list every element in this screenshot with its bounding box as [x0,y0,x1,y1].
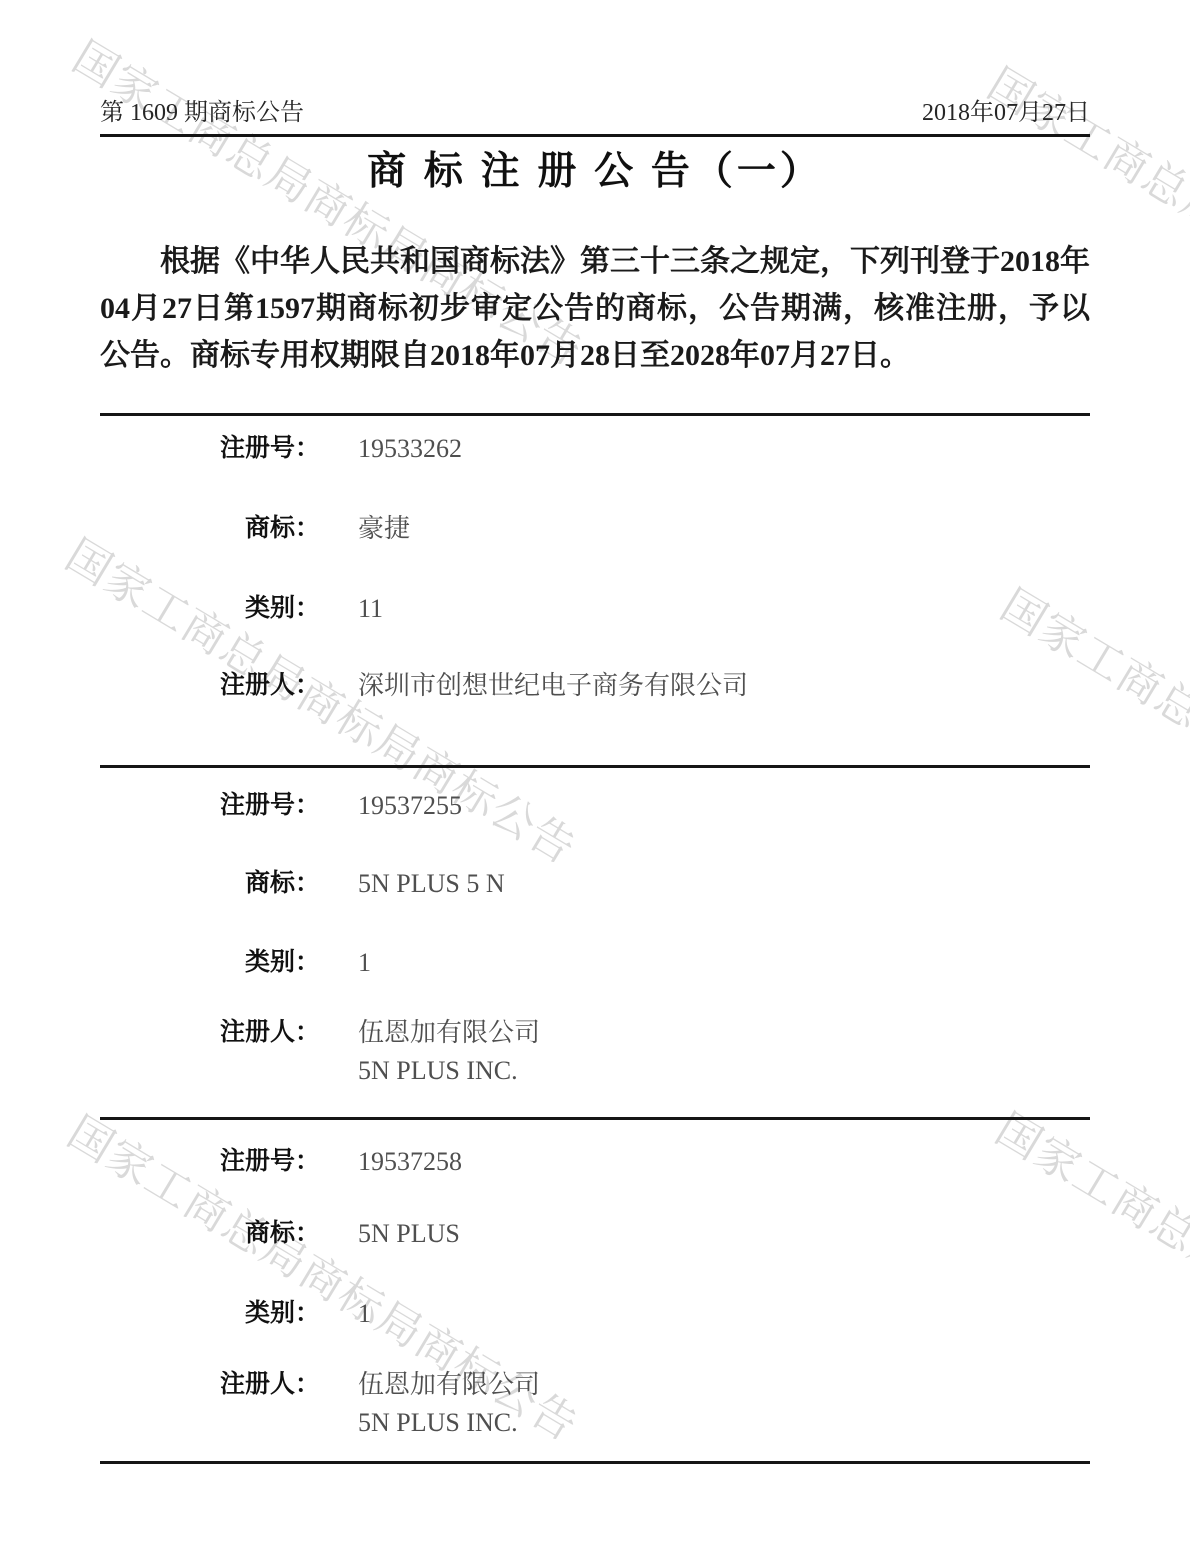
regno-label: 注册号： [100,787,320,825]
gazette-page: 国家工商总局商标局商标公告 国家工商总局商标局商标公告 国家工商总局商标局商标公… [0,0,1190,1564]
entry3-regno-row: 注册号： 19537258 [100,1143,1090,1181]
registrant-name-cn: 伍恩加有限公司 [358,1366,540,1404]
category-value: 11 [358,590,383,628]
regno-value: 19537255 [358,787,462,825]
page-title: 商 标 注 册 公 告（一） [0,149,1190,195]
intro-line-1: 根据《中华人民共和国商标法》第三十三条之规定，下列刊登于2018年 [100,238,1090,285]
header-issue-number: 第 1609 期商标公告 [100,98,304,128]
intro-line-3: 公告。商标专用权期限自2018年07月28日至2028年07月27日。 [100,332,1090,379]
regno-value: 19533262 [358,430,462,468]
intro-line-2: 04月27日第1597期商标初步审定公告的商标，公告期满，核准注册，予以 [100,285,1090,332]
registrant-name-cn: 伍恩加有限公司 [358,1014,540,1052]
category-label: 类别： [100,1295,320,1333]
registrant-value: 深圳市创想世纪电子商务有限公司 [358,667,748,705]
header-date: 2018年07月27日 [922,98,1090,128]
separator-line [100,413,1090,416]
regno-label: 注册号： [100,430,320,468]
trademark-value: 豪捷 [358,510,410,548]
category-label: 类别： [100,590,320,628]
entry2-category-row: 类别： 1 [100,944,1090,982]
registrant-value: 伍恩加有限公司 5N PLUS INC. [358,1366,540,1442]
registrant-label: 注册人： [100,1014,320,1052]
entry1-regno-row: 注册号： 19533262 [100,430,1090,468]
trademark-label: 商标： [100,1215,320,1253]
trademark-label: 商标： [100,865,320,903]
trademark-label: 商标： [100,510,320,548]
header-rule [100,134,1090,137]
category-label: 类别： [100,944,320,982]
trademark-value: 5N PLUS 5 N [358,865,505,903]
regno-value: 19537258 [358,1143,462,1181]
entry1-trademark-row: 商标： 豪捷 [100,510,1090,548]
entry3-trademark-row: 商标： 5N PLUS [100,1215,1090,1253]
registrant-name-en: 5N PLUS INC. [358,1404,540,1442]
regno-label: 注册号： [100,1143,320,1181]
registrant-name-cn: 深圳市创想世纪电子商务有限公司 [358,667,748,705]
registrant-label: 注册人： [100,1366,320,1404]
category-value: 1 [358,944,371,982]
entry2-registrant-row: 注册人： 伍恩加有限公司 5N PLUS INC. [100,1014,1090,1090]
separator-line [100,765,1090,768]
registrant-label: 注册人： [100,667,320,705]
entry3-registrant-row: 注册人： 伍恩加有限公司 5N PLUS INC. [100,1366,1090,1442]
separator-line [100,1461,1090,1464]
entry1-category-row: 类别： 11 [100,590,1090,628]
separator-line [100,1117,1090,1120]
registrant-name-en: 5N PLUS INC. [358,1052,540,1090]
entry3-category-row: 类别： 1 [100,1295,1090,1333]
entry2-regno-row: 注册号： 19537255 [100,787,1090,825]
registrant-value: 伍恩加有限公司 5N PLUS INC. [358,1014,540,1090]
category-value: 1 [358,1295,371,1333]
entry2-trademark-row: 商标： 5N PLUS 5 N [100,865,1090,903]
trademark-value: 5N PLUS [358,1215,460,1253]
intro-paragraph: 根据《中华人民共和国商标法》第三十三条之规定，下列刊登于2018年 04月27日… [100,238,1090,379]
entry1-registrant-row: 注册人： 深圳市创想世纪电子商务有限公司 [100,667,1090,705]
